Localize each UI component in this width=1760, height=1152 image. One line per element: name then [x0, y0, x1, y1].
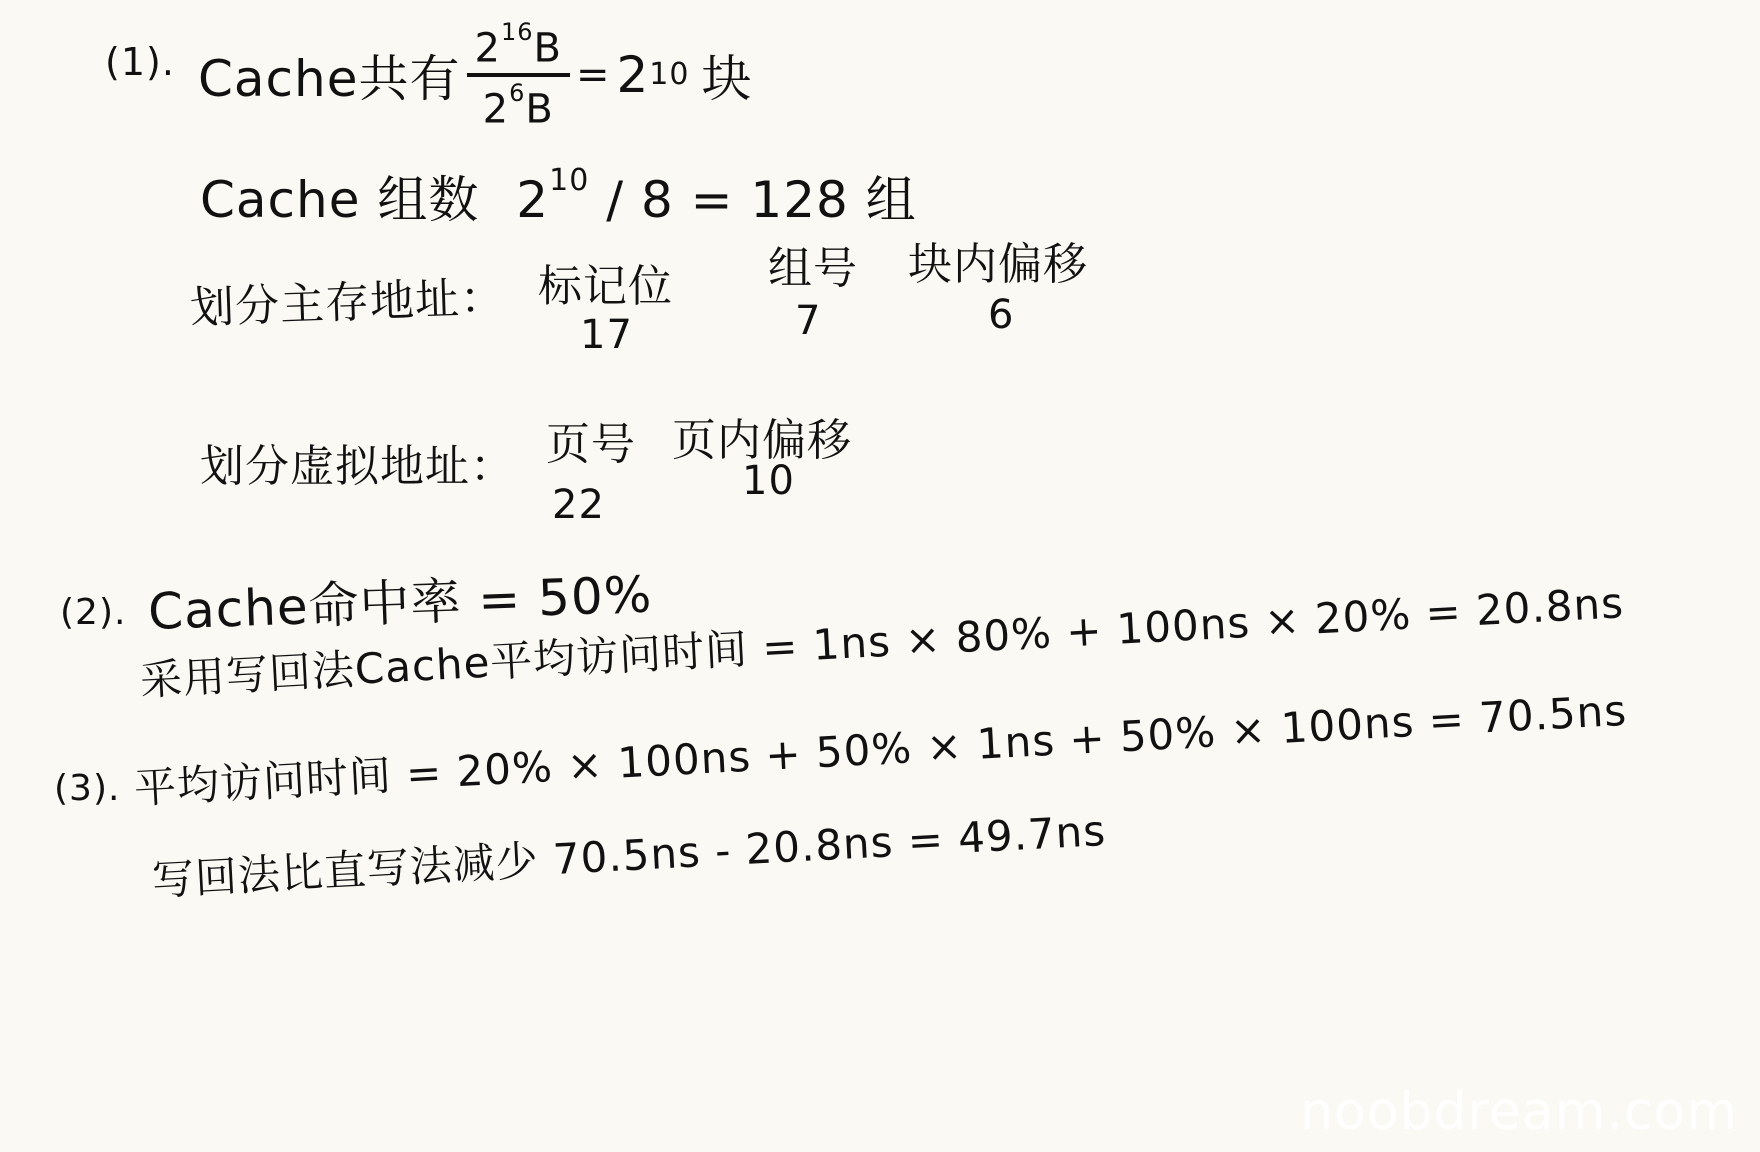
- sets-expr-base: 2: [516, 171, 549, 229]
- result-exp: 10: [649, 57, 689, 92]
- part1-marker: (1).: [105, 40, 175, 84]
- main-memory-split-label: 划分主存地址：: [189, 261, 506, 336]
- den-exp: 6: [509, 79, 525, 107]
- field-page-number-bits: 22: [552, 482, 605, 528]
- num-exp: 16: [501, 18, 534, 46]
- field-offset-bits: 6: [988, 292, 1014, 338]
- den-base: 2: [483, 86, 509, 132]
- den-unit: B: [525, 86, 553, 132]
- part2-marker: (2).: [60, 592, 126, 633]
- num-unit: B: [534, 26, 562, 72]
- cache-total-label: Cache共有: [198, 39, 461, 111]
- result-base: 2: [616, 46, 649, 104]
- field-set-bits: 7: [795, 298, 821, 344]
- virtual-address-split-label: 划分虚拟地址：: [200, 430, 515, 494]
- num-base: 2: [475, 26, 501, 72]
- part3-reduction: 写回法比直写法减少 70.5ns - 20.8ns = 49.7ns: [150, 798, 1107, 908]
- fraction-numerator: 216B: [467, 20, 570, 77]
- part1-line2: Cache 组数 210 / 8 = 128 组: [200, 160, 917, 232]
- blocks-fraction: 216B 26B: [467, 20, 570, 129]
- fraction-denominator: 26B: [483, 77, 554, 130]
- field-offset-name: 块内偏移: [908, 228, 1088, 292]
- sets-expr-rest: / 8 = 128 组: [606, 171, 917, 229]
- result-unit: 块: [701, 39, 752, 111]
- part1-line1: Cache共有 216B 26B = 210 块: [198, 20, 752, 129]
- cache-sets-label: Cache 组数: [200, 171, 479, 229]
- field-tag-name: 标记位: [538, 250, 673, 314]
- field-set-name: 组号: [768, 232, 858, 296]
- field-page-offset-bits: 10: [742, 458, 795, 504]
- field-page-number-name: 页号: [546, 408, 636, 472]
- equals-sign: =: [576, 52, 611, 98]
- part3-marker: (3).: [54, 768, 120, 809]
- watermark: noobdream.com: [1300, 1082, 1738, 1142]
- sets-expr-exp: 10: [549, 163, 589, 198]
- field-tag-bits: 17: [580, 312, 633, 358]
- part3-write-through-avg-time: 平均访问时间 = 20% × 100ns + 50% × 1ns + 50% ×…: [132, 678, 1628, 816]
